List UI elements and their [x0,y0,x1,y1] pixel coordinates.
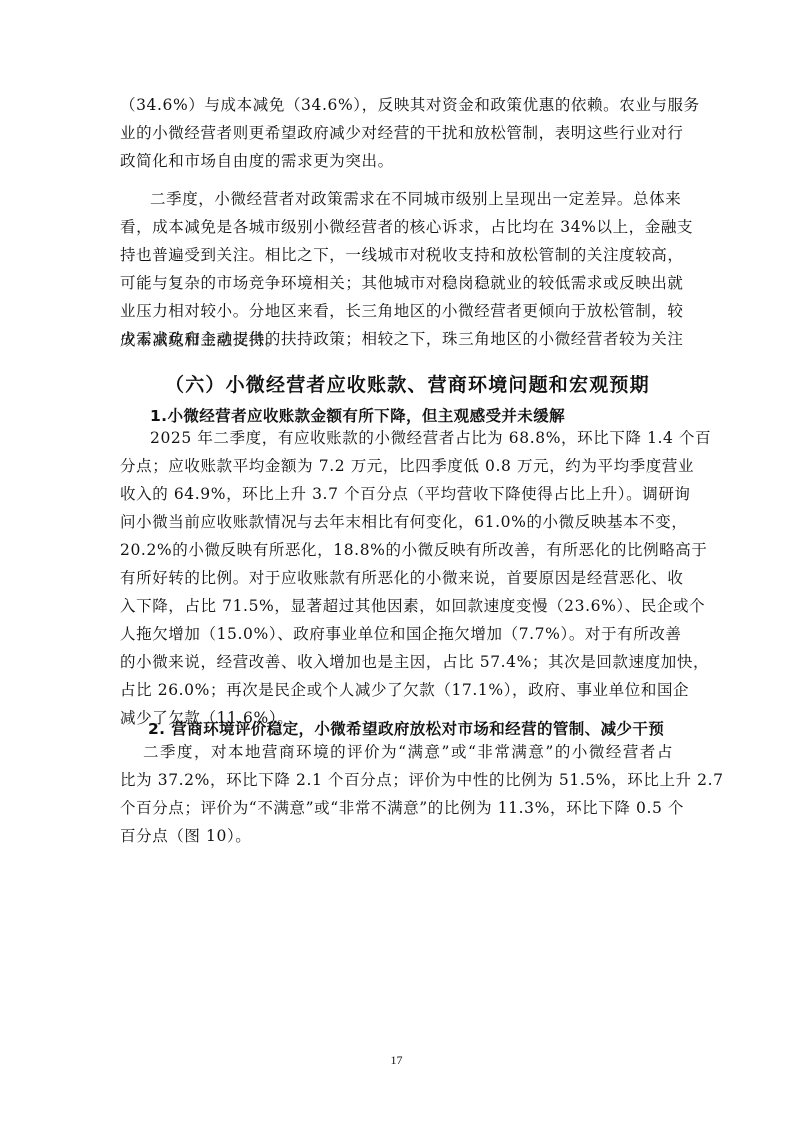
paragraph-line: 二季度，对本地营商环境的评价为“满意”或“非常满意”的小微经营者占 [143,742,673,762]
subsection-heading: 2. 营商环境评价稳定，小微希望政府放松对市场和经营的管制、减少干预 [148,717,664,739]
paragraph-line: 的小微来说，经营改善、收入增加也是主因，占比 57.4%；其次是回款速度加快， [120,652,673,672]
paragraph-line: 比为 37.2%，环比下降 2.1 个百分点；评价为中性的比例为 51.5%，环… [120,770,673,790]
paragraph-line: 入下降，占比 71.5%，显著超过其他因素，如回款速度变慢（23.6%）、民企或… [120,596,673,616]
document-page: （34.6%）与成本减免（34.6%），反映其对资金和政策优惠的依赖。农业与服务… [0,0,793,1121]
paragraph-line: 持也普遍受到关注。相比之下，一线城市对税收支持和放松管制的关注度较高， [120,245,673,265]
paragraph-line: 业的小微经营者则更希望政府减少对经营的干扰和放松管制，表明这些行业对行 [120,123,673,143]
section-heading: （六）小微经营者应收账款、营商环境问题和宏观预期 [165,370,650,397]
paragraph-line: 2025 年二季度，有应收账款的小微经营者占比为 68.8%，环比下降 1.4 … [150,428,673,448]
paragraph-line: 占比 26.0%；再次是民企或个人减少了欠款（17.1%），政府、事业单位和国企 [120,680,673,700]
page-number: 17 [0,1053,793,1068]
paragraph-line: 人拖欠增加（15.0%）、政府事业单位和国企拖欠增加（7.7%）。对于有所改善 [120,624,673,644]
subsection-heading: 1.小微经营者应收账款金额有所下降，但主观感受并未缓解 [150,404,565,426]
paragraph-line: 20.2%的小微反映有所恶化，18.8%的小微反映有所改善，有所恶化的比例略高于 [120,540,673,560]
paragraph-line: 百分点（图 10）。 [120,826,673,846]
paragraph-line: 政简化和市场自由度的需求更为突出。 [120,151,673,171]
paragraph-line: （34.6%）与成本减免（34.6%），反映其对资金和政策优惠的依赖。农业与服务 [120,95,673,115]
paragraph-line: 可能与复杂的市场竞争环境相关；其他城市对稳岗稳就业的较低需求或反映出就 [120,273,673,293]
paragraph-line: 看，成本减免是各城市级别小微经营者的核心诉求，占比均在 34%以上，金融支 [120,217,673,237]
paragraph-line: 分点；应收账款平均金额为 7.2 万元，比四季度低 0.8 万元，约为平均季度营… [120,456,673,476]
paragraph-line: 个百分点；评价为“不满意”或“非常不满意”的比例为 11.3%，环比下降 0.5… [120,798,673,818]
paragraph-line: 二季度，小微经营者对政策需求在不同城市级别上呈现出一定差异。总体来 [150,189,673,209]
paragraph-line: 业压力相对较小。分地区来看，长三角地区的小微经营者更倾向于放松管制，较 [120,301,673,321]
paragraph-line: 问小微当前应收账款情况与去年末相比有何变化，61.0%的小微反映基本不变， [120,512,673,532]
paragraph-line: 有所好转的比例。对于应收账款有所恶化的小微来说，首要原因是经营恶化、收 [120,568,673,588]
paragraph-line: 成本减免和金融支持。 [120,330,673,350]
paragraph-line: 收入的 64.9%，环比上升 3.7 个百分点（平均营收下降使得占比上升）。调研… [120,484,673,504]
